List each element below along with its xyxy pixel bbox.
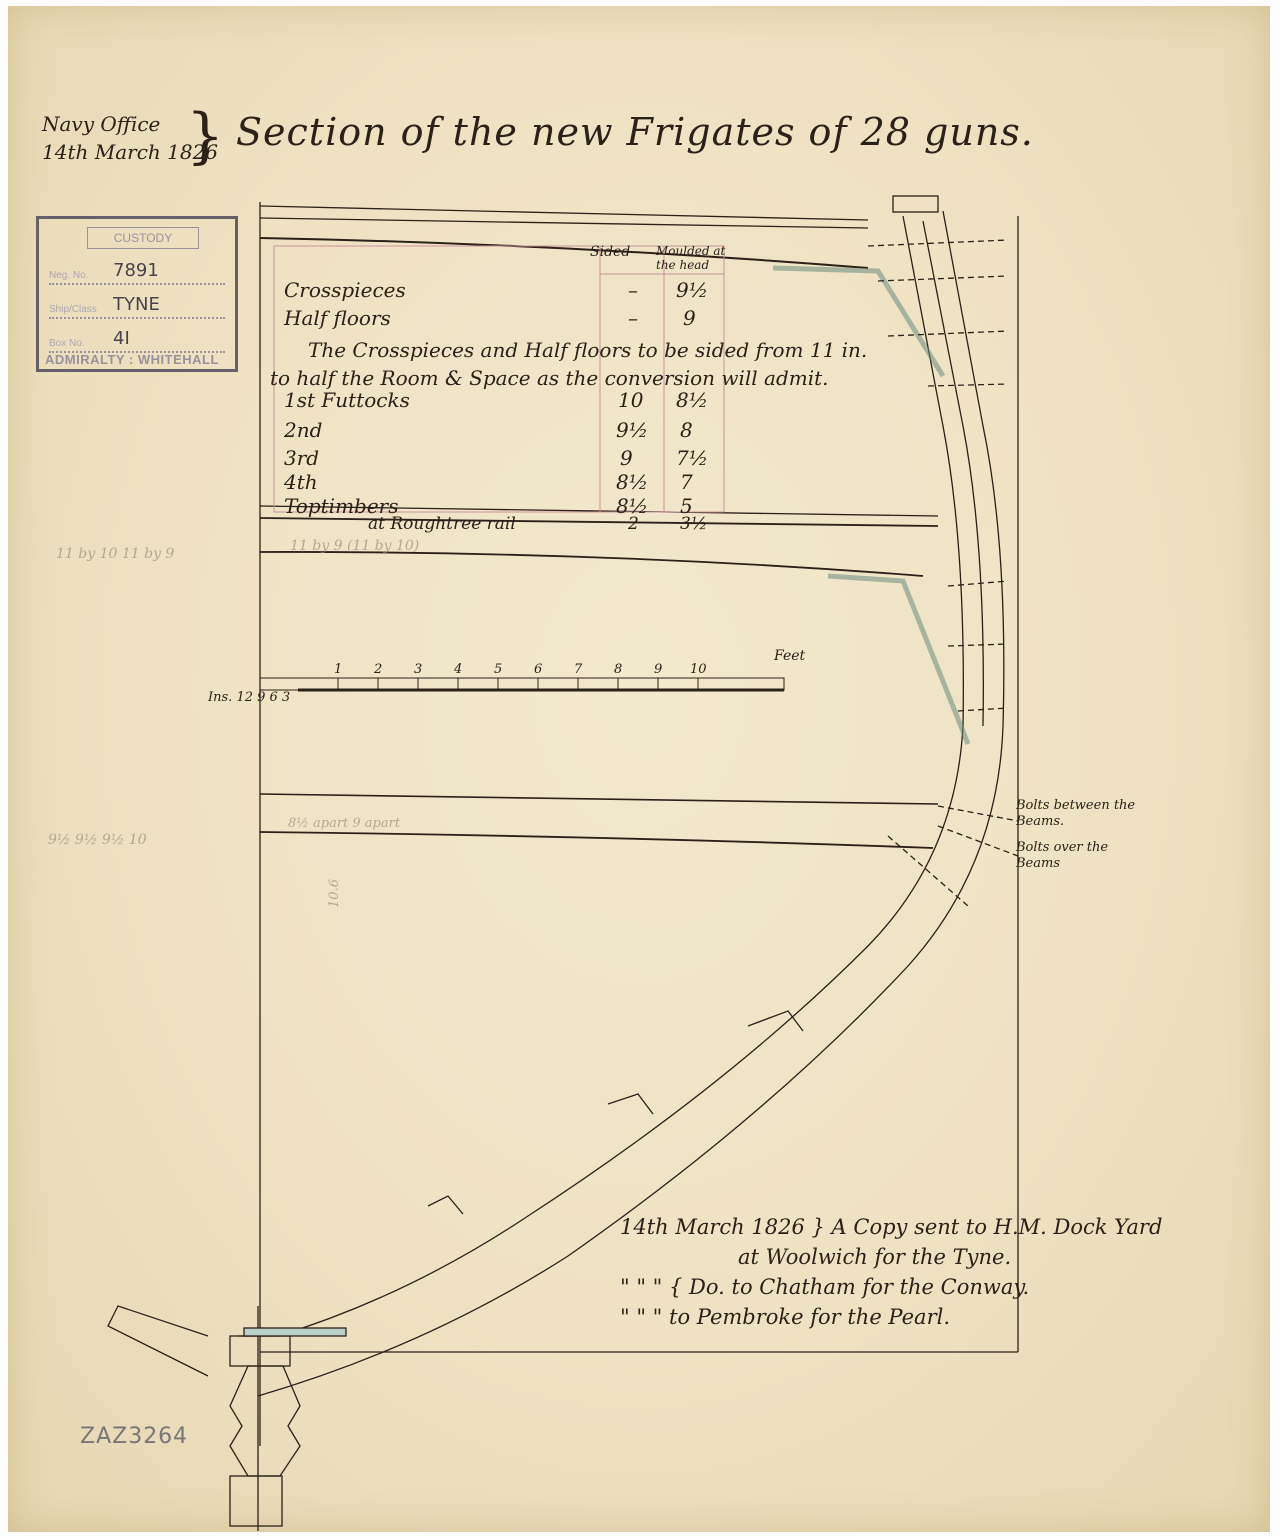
table-note-line1: The Crosspieces and Half floors to be si… bbox=[308, 338, 867, 362]
bolts-over-note: Bolts over the Beams bbox=[1016, 840, 1156, 872]
pencil-deck-upper: 11 by 9 (11 by 10) bbox=[290, 538, 419, 554]
header-moulded: Moulded at the head bbox=[656, 244, 726, 272]
scale-unit-label: Feet bbox=[774, 648, 805, 664]
pencil-left-lower: 9½ 9½ 9½ 10 bbox=[48, 832, 147, 848]
futtock-2-name: 2nd bbox=[284, 418, 322, 442]
table-note-line2: to half the Room & Space as the conversi… bbox=[270, 366, 829, 390]
catalogue-number: ZAZ3264 bbox=[80, 1424, 188, 1449]
row-crosspieces-moulded: 9½ bbox=[676, 278, 708, 302]
copy-note-line2: at Woolwich for the Tyne. bbox=[738, 1242, 1011, 1272]
futtock-3-name: 3rd bbox=[284, 446, 319, 470]
roughtree-name: at Roughtree rail bbox=[368, 514, 516, 534]
copy-note-line3: " " " { Do. to Chatham for the Conway. bbox=[620, 1272, 1029, 1302]
row-halffloors-moulded: 9 bbox=[683, 306, 696, 330]
futtock-1-name: 1st Futtocks bbox=[284, 388, 410, 412]
copy-note-line1: 14th March 1826 } A Copy sent to H.M. Do… bbox=[620, 1212, 1162, 1242]
row-crosspieces-name: Crosspieces bbox=[284, 278, 406, 302]
pencil-depth: 10.6 bbox=[327, 879, 342, 908]
scale-inch-label: Ins. 12 9 6 3 bbox=[208, 690, 290, 705]
pencil-deck-lower: 8½ apart 9 apart bbox=[288, 816, 400, 831]
pencil-left-upper: 11 by 10 11 by 9 bbox=[56, 546, 174, 562]
row-halffloors-name: Half floors bbox=[284, 306, 391, 330]
futtock-4-name: 4th bbox=[284, 470, 318, 494]
header-sided: Sided bbox=[590, 244, 630, 260]
copy-note-line4: " " " to Pembroke for the Pearl. bbox=[620, 1302, 950, 1332]
bolts-between-note: Bolts between the Beams. bbox=[1016, 798, 1156, 830]
document-sheet: Navy Office 14th March 1826 } Section of… bbox=[8, 6, 1270, 1532]
